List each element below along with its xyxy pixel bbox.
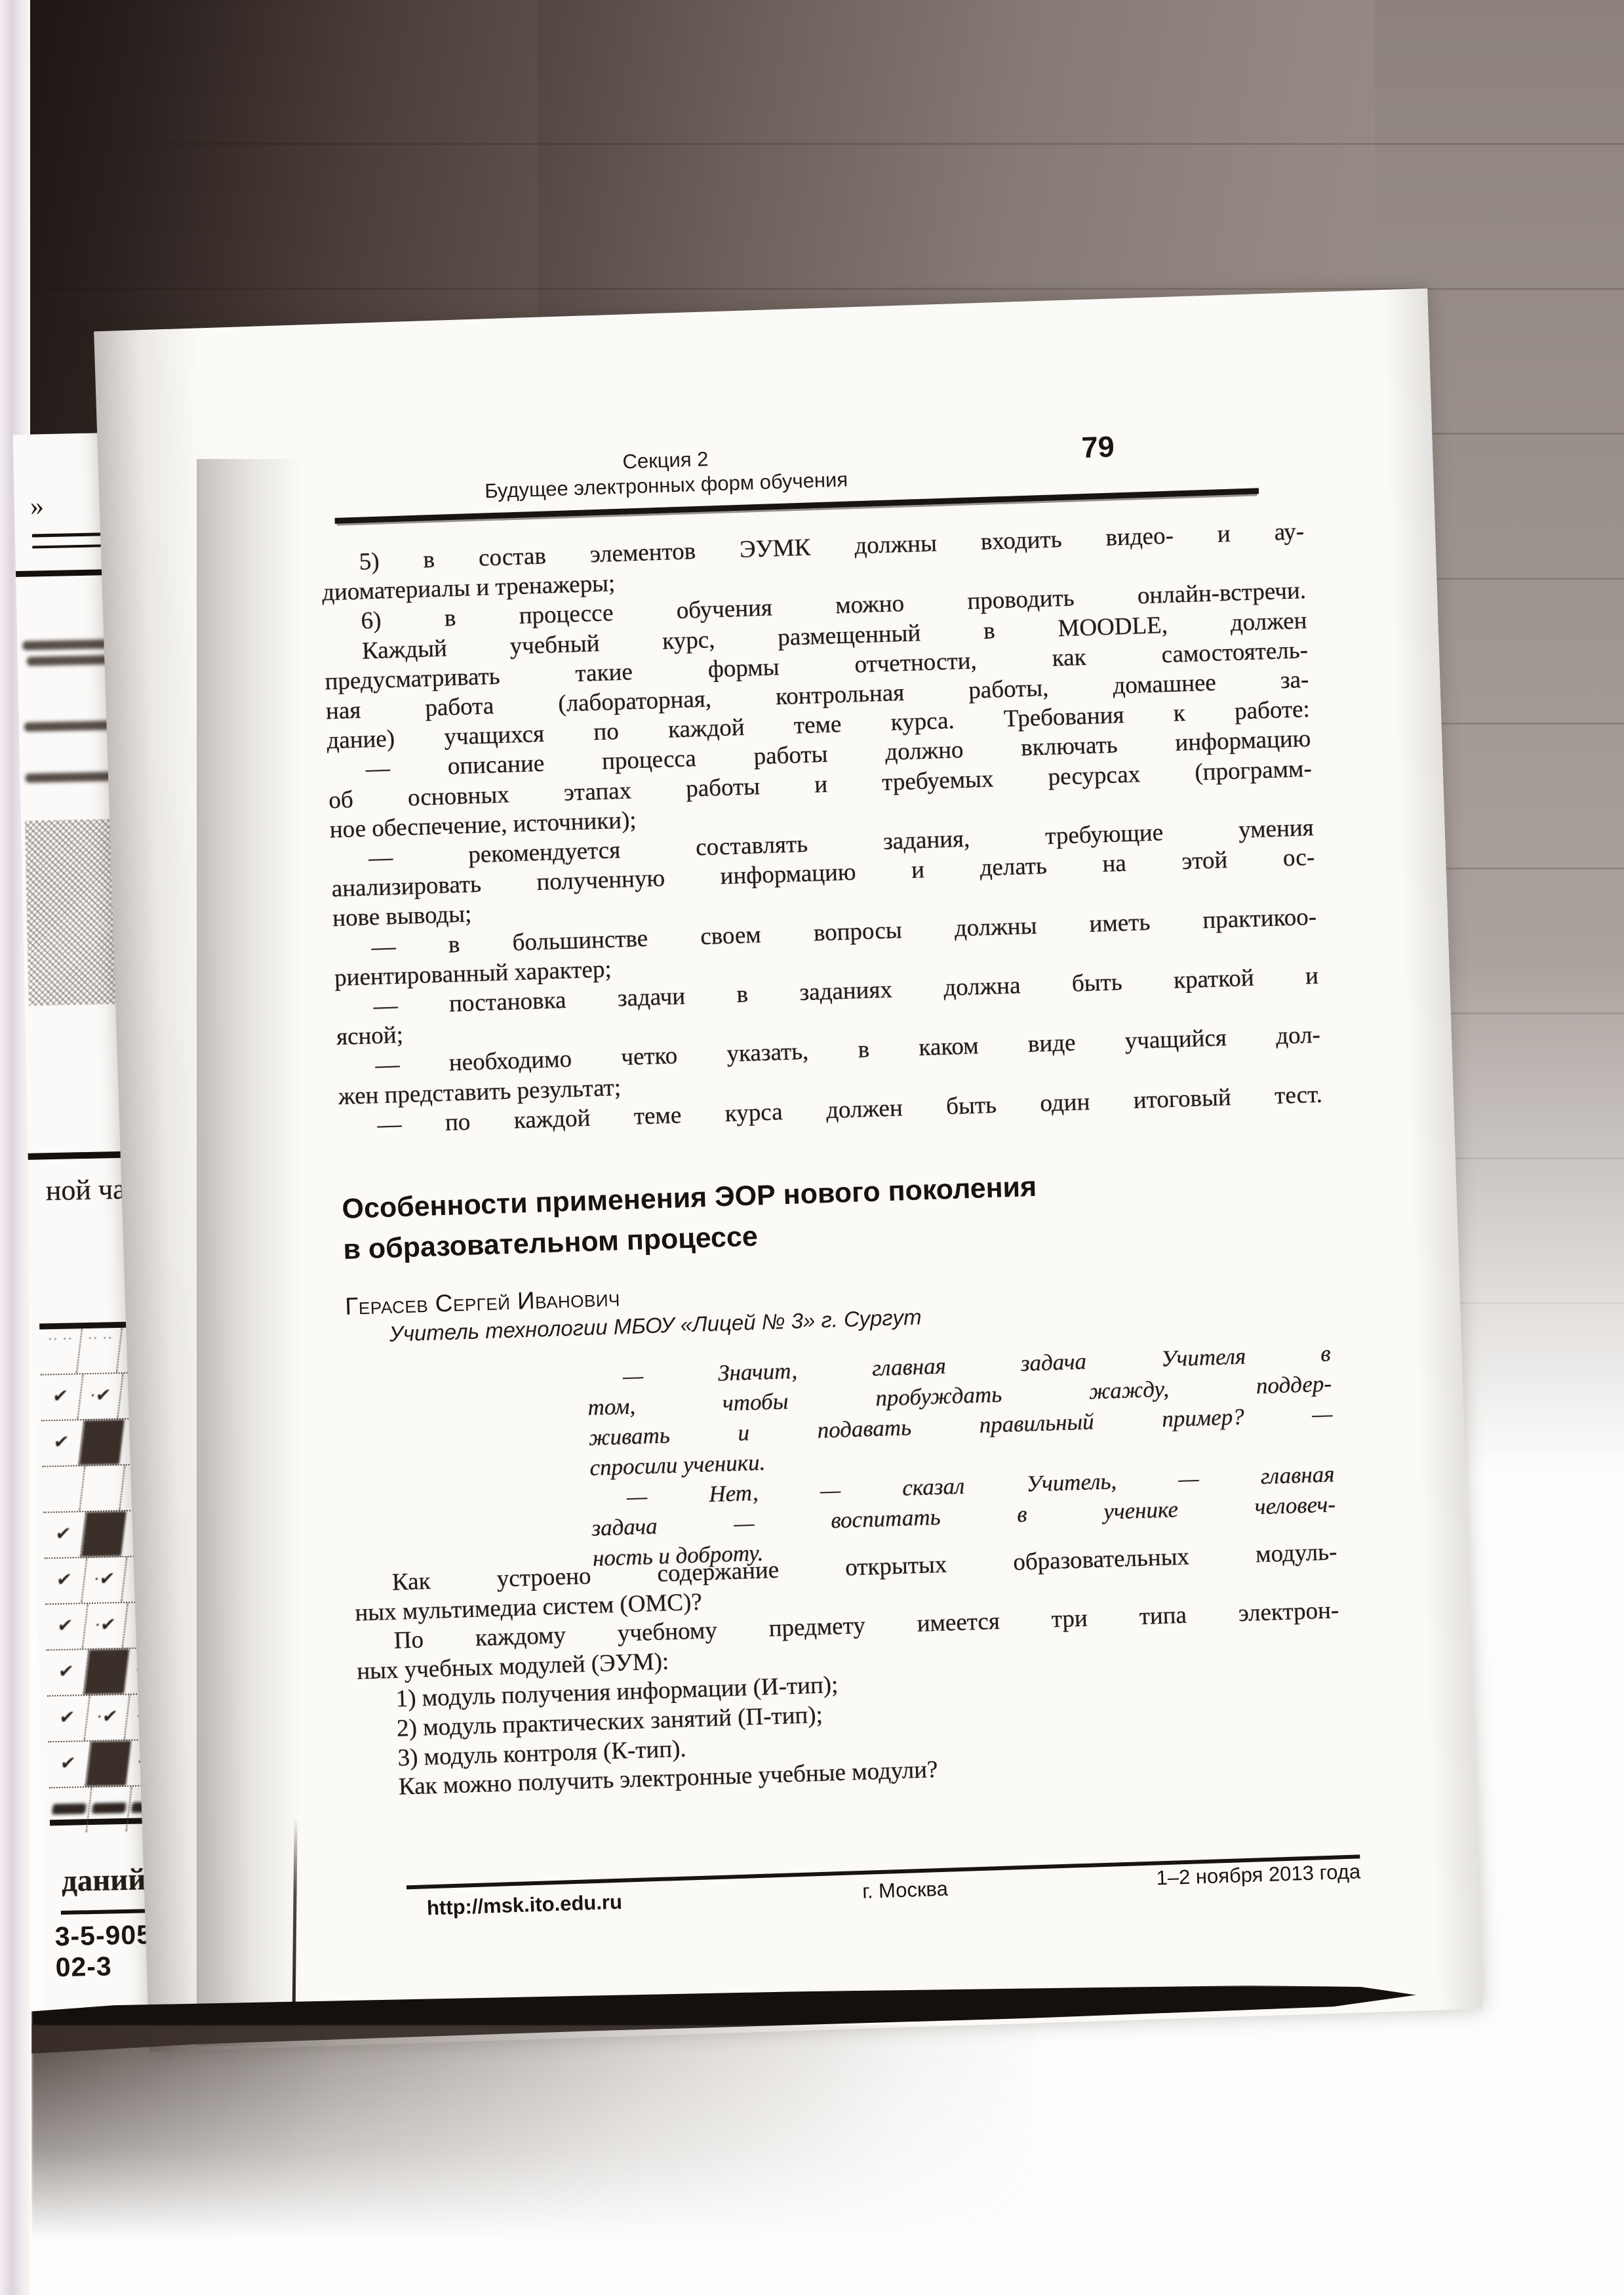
table-cell — [79, 1420, 124, 1465]
text-line: — в большинстве своем вопросы должны име… — [333, 902, 1317, 963]
word-fragment: даний — [61, 1862, 146, 1899]
table-cell: ✔ — [46, 1742, 91, 1787]
table-cell: ·· ·· — [37, 1328, 83, 1374]
footer-date: 1–2 ноября 2013 года — [1059, 1860, 1361, 1893]
article-author-affiliation: Учитель технологии МБОУ «Лицей № 3» г. С… — [346, 1291, 1329, 1347]
table-cell: ✔ — [39, 1420, 85, 1466]
table-cell — [84, 1649, 129, 1694]
table-cell: ✔ — [41, 1512, 87, 1557]
text-line: 1) модуль получения информации (И-тип); — [357, 1655, 1341, 1716]
table-cell: ✔ — [43, 1604, 89, 1649]
table-cell — [87, 1787, 132, 1832]
text-line: нове выводы; — [332, 872, 1317, 934]
book-page: Секция 2 Будущее электронных форм обучен… — [94, 289, 1483, 2052]
text-line: — необходимо четко указать, в каком виде… — [337, 1020, 1321, 1082]
text-line: риентированный характер; — [334, 932, 1318, 993]
text-line: живать и подавать правильный пример? — — [588, 1399, 1333, 1453]
text-line: — постановка задачи в заданиях должна бы… — [335, 961, 1319, 1023]
text-line: дание) учащихся по каждой теме курса. Тр… — [327, 694, 1311, 756]
footer-rule — [406, 1854, 1360, 1889]
text-line: Как можно получить электронные учебные м… — [360, 1742, 1344, 1803]
text-line: анализировать полученную информацию и де… — [331, 843, 1315, 904]
table-cell — [80, 1466, 125, 1511]
text-line: По каждому учебному предмету имеется три… — [355, 1596, 1339, 1657]
body-text-block-2: Как устроено содержание открытых образов… — [353, 1538, 1344, 1803]
table-cell: ·✔ — [82, 1557, 127, 1603]
text-line: 5) в состав элементов ЭУМК должны входит… — [321, 517, 1305, 578]
article-title-line2: в образовательном процессе — [343, 1203, 1327, 1266]
body-text-block-1: 5) в состав элементов ЭУМК должны входит… — [321, 517, 1322, 1141]
text-line: задача — воспитать в ученике человеч- — [591, 1489, 1336, 1544]
text-line: спросили ученики. — [589, 1429, 1334, 1483]
text-line: ное обеспечение, источники); — [329, 784, 1313, 845]
text-line: ная работа (лабораторная, контрольная ра… — [325, 665, 1309, 727]
table-cell — [47, 1787, 92, 1833]
text-line: об основных этапах работы и требуемых ре… — [328, 754, 1313, 816]
text-line: предусматривать такие формы отчетности, … — [325, 635, 1309, 697]
table-cell: ✔ — [45, 1696, 90, 1741]
table-cell: ·· ·· — [77, 1328, 122, 1373]
text-line: — по каждой теме курса должен быть один … — [339, 1080, 1323, 1142]
table-cell — [40, 1466, 85, 1511]
header-rule — [335, 488, 1259, 524]
text-line: ных мультимедиа систем (ОМС)? — [355, 1567, 1339, 1628]
text-line: — Значит, главная задача Учителя в — [586, 1338, 1331, 1393]
text-line: — рекомендуется составлять задания, треб… — [330, 813, 1315, 875]
footer-city: г. Москва — [774, 1874, 1037, 1906]
table-cell — [81, 1511, 126, 1557]
footer-conference-url: http://msk.ito.edu.ru — [426, 1884, 820, 1920]
scanned-book-photo: » ©© ©© ной части ·· ···· ···· ···· ··✔·… — [0, 0, 1624, 2295]
text-line: 2) модуль практических занятий (П-тип); — [359, 1684, 1343, 1745]
text-line: ясной; — [336, 991, 1320, 1052]
table-cell: ·✔ — [78, 1374, 123, 1419]
table-cell: ✔ — [42, 1558, 87, 1603]
page-number: 79 — [1081, 427, 1214, 465]
text-line: Каждый учебный курс, размещенный в MOODL… — [323, 606, 1307, 668]
book-edge-shadow — [31, 2025, 1035, 2251]
quote-mark-fragment: » — [30, 490, 44, 522]
text-line: — Нет, — сказал Учитель, — главная — [590, 1459, 1335, 1513]
table-cell: ·✔ — [83, 1603, 128, 1648]
text-line: ность и доброту. — [592, 1519, 1337, 1574]
text-line: том, чтобы пробуждать жажду, поддер- — [587, 1368, 1332, 1423]
text-line: 6) в процессе обучения можно проводить о… — [323, 576, 1307, 637]
running-head-subtitle: Будущее электронных форм обучения — [292, 462, 1040, 509]
text-line: диоматериалы и тренажеры; — [321, 546, 1305, 608]
text-line: жен представить результат; — [338, 1050, 1322, 1111]
table-cell: ·✔ — [85, 1695, 130, 1740]
scanner-edge-strip — [0, 0, 30, 2295]
epigraph-block: — Значит, главная задача Учителя втом, ч… — [586, 1338, 1337, 1573]
table-cell: ✔ — [44, 1650, 89, 1695]
text-line: — описание процесса работы должно включа… — [327, 724, 1311, 786]
running-head-section: Секция 2 — [292, 435, 1040, 486]
article-title-line1: Особенности применения ЭОР нового поколе… — [342, 1162, 1326, 1226]
text-line: 3) модуль контроля (К-тип). — [359, 1713, 1343, 1774]
article-author: Герасев Сергей Иванович — [345, 1262, 1329, 1321]
gutter-shadow — [197, 459, 302, 2046]
text-line: ных учебных модулей (ЭУМ): — [357, 1626, 1341, 1686]
text-line: Как устроено содержание открытых образов… — [353, 1538, 1337, 1599]
table-cell — [86, 1741, 131, 1786]
table-cell: ✔ — [38, 1374, 83, 1420]
